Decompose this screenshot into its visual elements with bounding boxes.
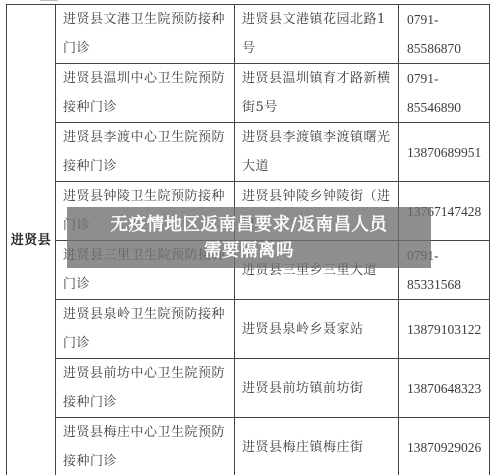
clinic-phone-cell: 13870929026 [399,418,490,475]
headline-line-2: 需要隔离吗 [67,238,431,264]
clinic-address-cell: 进贤县温圳镇育才路新横街5号 [235,64,399,123]
clinic-phone-cell: 13879103122 [399,300,490,359]
clinic-phone-cell: 0791-85546890 [399,64,490,123]
clinic-name-cell: 进贤县李渡中心卫生院预防接种门诊 [56,123,235,182]
clinic-address-cell: 进贤县李渡镇李渡镇曙光大道 [235,123,399,182]
table-row: 进贤县 进贤县文港卫生院预防接种门诊 进贤县文港镇花园北路1号 0791-855… [7,5,490,64]
headline-overlay-banner: 无疫情地区返南昌要求/返南昌人员 需要隔离吗 [67,207,431,268]
clinic-address-cell: 进贤县前坊镇前坊街 [235,359,399,418]
clinic-address-cell: 进贤县文港镇花园北路1号 [235,5,399,64]
clinic-phone-cell: 0791-85586870 [399,5,490,64]
table-row: 进贤县温圳中心卫生院预防接种门诊 进贤县温圳镇育才路新横街5号 0791-855… [7,64,490,123]
clinic-phone-cell: 13870689951 [399,123,490,182]
clinic-name-cell: 进贤县梅庄中心卫生院预防接种门诊 [56,418,235,475]
clinic-name-cell: 进贤县文港卫生院预防接种门诊 [56,5,235,64]
clinic-name-cell: 进贤县前坊中心卫生院预防接种门诊 [56,359,235,418]
clinic-address-cell: 进贤县泉岭乡聂家站 [235,300,399,359]
table-row: 进贤县泉岭卫生院预防接种门诊 进贤县泉岭乡聂家站 13879103122 [7,300,490,359]
headline-line-1: 无疫情地区返南昌要求/返南昌人员 [67,212,431,238]
table-row: 进贤县前坊中心卫生院预防接种门诊 进贤县前坊镇前坊街 13870648323 [7,359,490,418]
clinic-address-cell: 进贤县梅庄镇梅庄街 [235,418,399,475]
clinic-name-cell: 进贤县温圳中心卫生院预防接种门诊 [56,64,235,123]
county-cell: 进贤县 [7,5,56,475]
table-row: 进贤县李渡中心卫生院预防接种门诊 进贤县李渡镇李渡镇曙光大道 138706899… [7,123,490,182]
clinic-name-cell: 进贤县泉岭卫生院预防接种门诊 [56,300,235,359]
table-row: 进贤县梅庄中心卫生院预防接种门诊 进贤县梅庄镇梅庄街 13870929026 [7,418,490,475]
clinic-phone-cell: 13870648323 [399,359,490,418]
